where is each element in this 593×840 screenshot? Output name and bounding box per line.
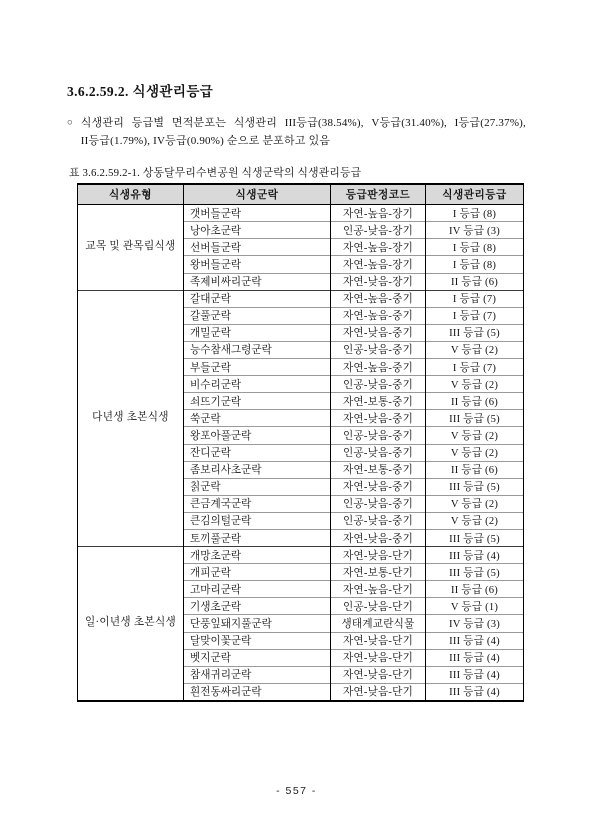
grade-code-cell: 인공-낮음-중기	[331, 512, 426, 529]
grade-code-cell: 인공-낮음-중기	[331, 341, 426, 358]
community-name-cell: 갈풀군락	[184, 307, 331, 324]
management-grade-cell: V 등급 (1)	[426, 598, 524, 615]
page-content: 3.6.2.59.2. 식생관리등급 ○ 식생관리 등급별 면적분포는 식생관리…	[67, 80, 526, 702]
grade-code-cell: 인공-낮음-중기	[331, 376, 426, 393]
grade-code-cell: 자연-낮음-단기	[331, 547, 426, 564]
table-caption: 표 3.6.2.59.2-1. 상동달무리수변공원 식생군락의 식생관리등급	[69, 165, 526, 180]
community-name-cell: 벳지군락	[184, 649, 331, 666]
community-name-cell: 족제비싸리군락	[184, 273, 331, 290]
community-name-cell: 왕버들군락	[184, 256, 331, 273]
vegetation-type-cell: 다년생 초본식생	[78, 290, 184, 546]
community-name-cell: 토끼풀군락	[184, 529, 331, 546]
table-row: 교목 및 관목림식생갯버들군락자연-높음-장기I 등급 (8)	[78, 205, 524, 222]
community-name-cell: 칡군락	[184, 478, 331, 495]
community-name-cell: 큰금계국군락	[184, 495, 331, 512]
management-grade-cell: I 등급 (8)	[426, 239, 524, 256]
management-grade-cell: III 등급 (4)	[426, 666, 524, 683]
management-grade-cell: V 등급 (2)	[426, 376, 524, 393]
grade-code-cell: 자연-높음-장기	[331, 256, 426, 273]
community-name-cell: 능수참새그령군락	[184, 341, 331, 358]
grade-code-cell: 자연-낮음-단기	[331, 683, 426, 701]
community-name-cell: 기생초군락	[184, 598, 331, 615]
community-name-cell: 갯버들군락	[184, 205, 331, 222]
management-grade-cell: I 등급 (8)	[426, 205, 524, 222]
management-grade-cell: V 등급 (2)	[426, 512, 524, 529]
management-grade-cell: I 등급 (8)	[426, 256, 524, 273]
management-grade-cell: V 등급 (2)	[426, 427, 524, 444]
community-name-cell: 개망초군락	[184, 547, 331, 564]
management-grade-cell: III 등급 (5)	[426, 478, 524, 495]
management-grade-cell: I 등급 (7)	[426, 359, 524, 376]
table-row: 다년생 초본식생갈대군락자연-높음-중기I 등급 (7)	[78, 290, 524, 307]
grade-code-cell: 인공-낮음-단기	[331, 598, 426, 615]
community-name-cell: 쇠뜨기군락	[184, 393, 331, 410]
grade-code-cell: 자연-낮음-단기	[331, 666, 426, 683]
management-grade-cell: III 등급 (5)	[426, 324, 524, 341]
management-grade-cell: IV 등급 (3)	[426, 222, 524, 239]
management-grade-cell: III 등급 (4)	[426, 632, 524, 649]
bullet-paragraph: ○ 식생관리 등급별 면적분포는 식생관리 III등급(38.54%), V등급…	[67, 115, 526, 150]
grade-code-cell: 자연-높음-단기	[331, 581, 426, 598]
grade-code-cell: 인공-낮음-장기	[331, 222, 426, 239]
col-header-management-grade: 식생관리등급	[426, 184, 524, 205]
grade-code-cell: 자연-낮음-중기	[331, 478, 426, 495]
grade-code-cell: 자연-높음-장기	[331, 239, 426, 256]
community-name-cell: 달맞이꽃군락	[184, 632, 331, 649]
community-name-cell: 비수리군락	[184, 376, 331, 393]
management-grade-cell: III 등급 (4)	[426, 649, 524, 666]
community-name-cell: 쑥군락	[184, 410, 331, 427]
table-row: 일·이년생 초본식생개망초군락자연-낮음-단기III 등급 (4)	[78, 547, 524, 564]
management-grade-cell: V 등급 (2)	[426, 495, 524, 512]
document-page: 3.6.2.59.2. 식생관리등급 ○ 식생관리 등급별 면적분포는 식생관리…	[0, 0, 593, 840]
vegetation-type-cell: 교목 및 관목림식생	[78, 205, 184, 290]
page-number: - 557 -	[0, 785, 593, 797]
management-grade-cell: II 등급 (6)	[426, 461, 524, 478]
management-grade-cell: II 등급 (6)	[426, 581, 524, 598]
table-body: 교목 및 관목림식생갯버들군락자연-높음-장기I 등급 (8)낭아초군락인공-낮…	[78, 205, 524, 701]
vegetation-grade-table: 식생유형 식생군락 등급판정코드 식생관리등급 교목 및 관목림식생갯버들군락자…	[77, 183, 524, 702]
grade-code-cell: 자연-보통-단기	[331, 564, 426, 581]
community-name-cell: 흰전동싸리군락	[184, 683, 331, 701]
vegetation-type-cell: 일·이년생 초본식생	[78, 547, 184, 701]
grade-code-cell: 인공-낮음-중기	[331, 427, 426, 444]
management-grade-cell: III 등급 (5)	[426, 529, 524, 546]
table-header-row: 식생유형 식생군락 등급판정코드 식생관리등급	[78, 184, 524, 205]
community-name-cell: 고마리군락	[184, 581, 331, 598]
bullet-circle-icon: ○	[67, 115, 73, 133]
community-name-cell: 잔디군락	[184, 444, 331, 461]
grade-code-cell: 자연-낮음-단기	[331, 649, 426, 666]
management-grade-cell: V 등급 (2)	[426, 444, 524, 461]
grade-code-cell: 자연-보통-중기	[331, 461, 426, 478]
grade-code-cell: 자연-높음-중기	[331, 359, 426, 376]
community-name-cell: 갈대군락	[184, 290, 331, 307]
bullet-text: 식생관리 등급별 면적분포는 식생관리 III등급(38.54%), V등급(3…	[81, 115, 526, 150]
community-name-cell: 단풍잎돼지풀군락	[184, 615, 331, 632]
section-title: 3.6.2.59.2. 식생관리등급	[67, 80, 526, 100]
community-name-cell: 왕포아풀군락	[184, 427, 331, 444]
grade-code-cell: 자연-낮음-중기	[331, 410, 426, 427]
grade-code-cell: 자연-높음-중기	[331, 307, 426, 324]
grade-code-cell: 인공-낮음-중기	[331, 495, 426, 512]
grade-code-cell: 자연-낮음-중기	[331, 529, 426, 546]
col-header-community: 식생군락	[184, 184, 331, 205]
col-header-vegetation-type: 식생유형	[78, 184, 184, 205]
community-name-cell: 낭아초군락	[184, 222, 331, 239]
col-header-grade-code: 등급판정코드	[331, 184, 426, 205]
management-grade-cell: III 등급 (4)	[426, 547, 524, 564]
community-name-cell: 참새귀리군락	[184, 666, 331, 683]
grade-code-cell: 자연-낮음-장기	[331, 273, 426, 290]
management-grade-cell: V 등급 (2)	[426, 341, 524, 358]
grade-code-cell: 생태계교란식물	[331, 615, 426, 632]
grade-code-cell: 자연-높음-장기	[331, 205, 426, 222]
management-grade-cell: III 등급 (5)	[426, 410, 524, 427]
management-grade-cell: III 등급 (5)	[426, 564, 524, 581]
community-name-cell: 큰김의털군락	[184, 512, 331, 529]
management-grade-cell: III 등급 (4)	[426, 683, 524, 701]
grade-code-cell: 인공-낮음-중기	[331, 444, 426, 461]
grade-code-cell: 자연-낮음-중기	[331, 324, 426, 341]
management-grade-cell: I 등급 (7)	[426, 290, 524, 307]
management-grade-cell: IV 등급 (3)	[426, 615, 524, 632]
community-name-cell: 좀보리사초군락	[184, 461, 331, 478]
management-grade-cell: I 등급 (7)	[426, 307, 524, 324]
community-name-cell: 개피군락	[184, 564, 331, 581]
management-grade-cell: II 등급 (6)	[426, 393, 524, 410]
community-name-cell: 개밀군락	[184, 324, 331, 341]
grade-code-cell: 자연-높음-중기	[331, 290, 426, 307]
community-name-cell: 부들군락	[184, 359, 331, 376]
grade-code-cell: 자연-낮음-단기	[331, 632, 426, 649]
grade-code-cell: 자연-보통-중기	[331, 393, 426, 410]
community-name-cell: 선버들군락	[184, 239, 331, 256]
management-grade-cell: II 등급 (6)	[426, 273, 524, 290]
